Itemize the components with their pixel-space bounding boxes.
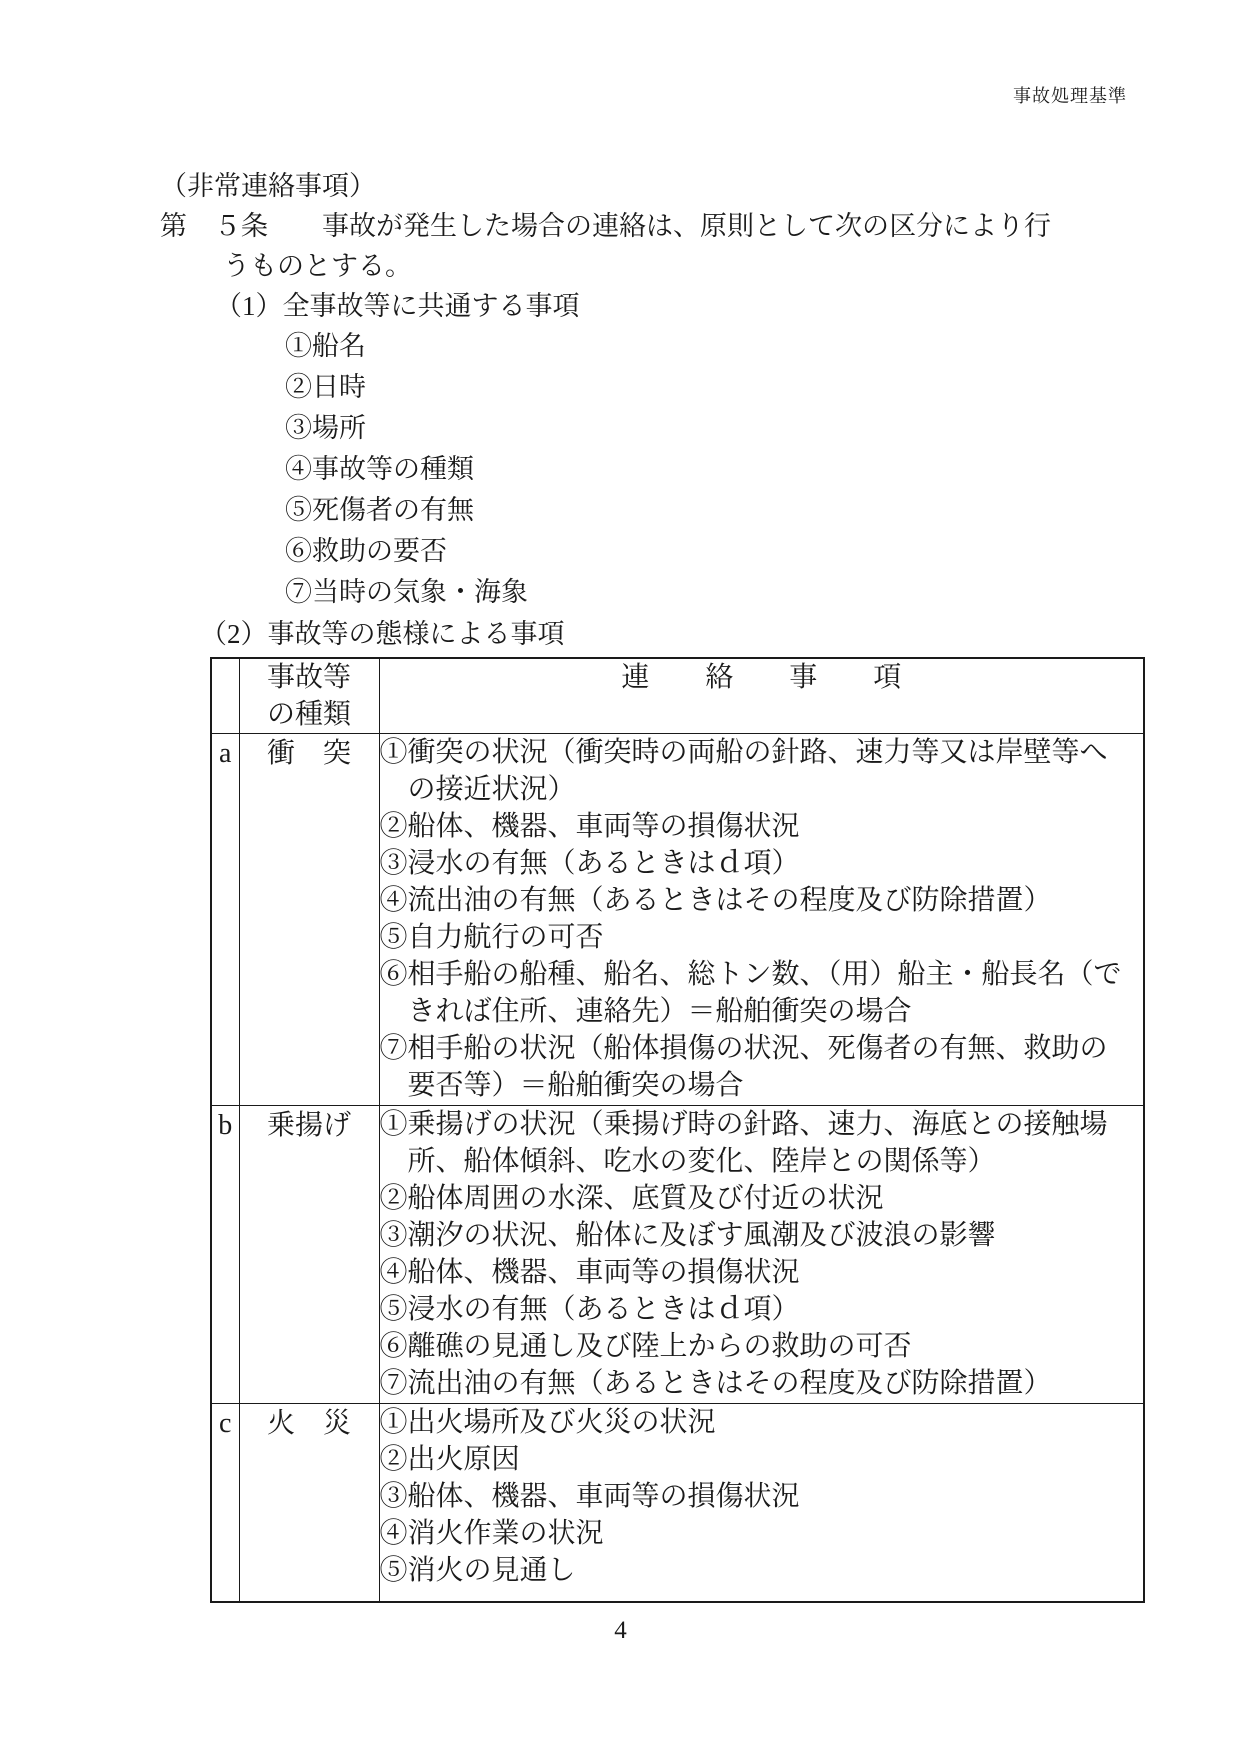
contact-items-cell: ①乗揚げの状況（乗揚げ時の針路、速力、海底との接触場 所、船体傾斜、吃水の変化、…: [379, 1106, 1144, 1404]
table-line: ⑦流出油の有無（あるときはその程度及び防除措置）: [380, 1365, 1144, 1402]
section1-heading: （1）全事故等に共通する事項: [215, 286, 1150, 326]
table-line: ②出火原因: [380, 1441, 1144, 1478]
row-label: a: [211, 734, 239, 1106]
table-row-fire: c 火 災 ①出火場所及び火災の状況 ②出火原因 ③船体、機器、車両等の損傷状況…: [211, 1404, 1144, 1602]
list-item: ①船名: [285, 326, 1150, 367]
accident-type: 衝 突: [239, 734, 379, 1106]
table-line: ⑥離礁の見通し及び陸上からの救助の可否: [380, 1328, 1144, 1365]
table-line: ②船体周囲の水深、底質及び付近の状況: [380, 1180, 1144, 1217]
table-line: ①衝突の状況（衝突時の両船の針路、速力等又は岸壁等へ: [380, 734, 1144, 771]
table-line: 所、船体傾斜、吃水の変化、陸岸との関係等）: [380, 1143, 1144, 1180]
table-row-grounding: b 乗揚げ ①乗揚げの状況（乗揚げ時の針路、速力、海底との接触場 所、船体傾斜、…: [211, 1106, 1144, 1404]
table-line: ①乗揚げの状況（乗揚げ時の針路、速力、海底との接触場: [380, 1106, 1144, 1143]
table-row-collision: a 衝 突 ①衝突の状況（衝突時の両船の針路、速力等又は岸壁等へ の接近状況） …: [211, 734, 1144, 1106]
list-item: ④事故等の種類: [285, 449, 1150, 490]
header-accident-type: 事故等 の種類: [239, 658, 379, 734]
table-line: ②船体、機器、車両等の損傷状況: [380, 808, 1144, 845]
list-item: ⑤死傷者の有無: [285, 490, 1150, 531]
table-line: ⑦相手船の状況（船体損傷の状況、死傷者の有無、救助の: [380, 1030, 1144, 1067]
table-line: ④流出油の有無（あるときはその程度及び防除措置）: [380, 882, 1144, 919]
section2-heading: （2）事故等の態様による事項: [200, 615, 1150, 653]
table-line: ⑤自力航行の可否: [380, 919, 1144, 956]
contact-items-cell: ①出火場所及び火災の状況 ②出火原因 ③船体、機器、車両等の損傷状況 ④消火作業…: [379, 1404, 1144, 1602]
list-item: ⑦当時の気象・海象: [285, 572, 1150, 613]
table-line: ③船体、機器、車両等の損傷状況: [380, 1478, 1144, 1515]
table-line: 要否等）＝船舶衝突の場合: [380, 1067, 1144, 1104]
table-line: きれば住所、連絡先）＝船舶衝突の場合: [380, 993, 1144, 1030]
contact-items-cell: ①衝突の状況（衝突時の両船の針路、速力等又は岸壁等へ の接近状況） ②船体、機器…: [379, 734, 1144, 1106]
accident-contact-table: 事故等 の種類 連 絡 事 項 a 衝 突 ①衝突の状況（衝突時の両船の針路、速…: [210, 657, 1145, 1603]
table-line: ③浸水の有無（あるときはｄ項）: [380, 845, 1144, 882]
table-line: ④船体、機器、車両等の損傷状況: [380, 1254, 1144, 1291]
table-line: ⑥相手船の船種、船名、総トン数、（用）船主・船長名（で: [380, 956, 1144, 993]
list-item: ③場所: [285, 408, 1150, 449]
document-reference-header: 事故処理基準: [1013, 82, 1127, 108]
emergency-contact-heading: （非常連絡事項）: [160, 166, 1150, 206]
table-header-row: 事故等 の種類 連 絡 事 項: [211, 658, 1144, 734]
header-label-cell: [211, 658, 239, 734]
table-line: ①出火場所及び火災の状況: [380, 1404, 1144, 1441]
table-line: ③潮汐の状況、船体に及ぼす風潮及び波浪の影響: [380, 1217, 1144, 1254]
article-5-line2: うものとする。: [223, 246, 1150, 286]
row-label: c: [211, 1404, 239, 1602]
table-line: ⑤消火の見通し: [380, 1552, 1144, 1589]
header-contact-items: 連 絡 事 項: [379, 658, 1144, 734]
table-line: ④消火作業の状況: [380, 1515, 1144, 1552]
document-page: 事故処理基準 （非常連絡事項） 第 ５条 事故が発生した場合の連絡は、原則として…: [0, 0, 1241, 1755]
document-body: （非常連絡事項） 第 ５条 事故が発生した場合の連絡は、原則として次の区分により…: [160, 166, 1150, 1603]
article-5-line1: 第 ５条 事故が発生した場合の連絡は、原則として次の区分により行: [160, 206, 1150, 246]
accident-type: 乗揚げ: [239, 1106, 379, 1404]
table-line: ⑤浸水の有無（あるときはｄ項）: [380, 1291, 1144, 1328]
row-label: b: [211, 1106, 239, 1404]
accident-type: 火 災: [239, 1404, 379, 1602]
list-item: ⑥救助の要否: [285, 531, 1150, 572]
list-item: ②日時: [285, 367, 1150, 408]
common-items-list: ①船名 ②日時 ③場所 ④事故等の種類 ⑤死傷者の有無 ⑥救助の要否 ⑦当時の気…: [285, 326, 1150, 613]
page-number: 4: [0, 1617, 1241, 1645]
table-line: の接近状況）: [380, 771, 1144, 808]
